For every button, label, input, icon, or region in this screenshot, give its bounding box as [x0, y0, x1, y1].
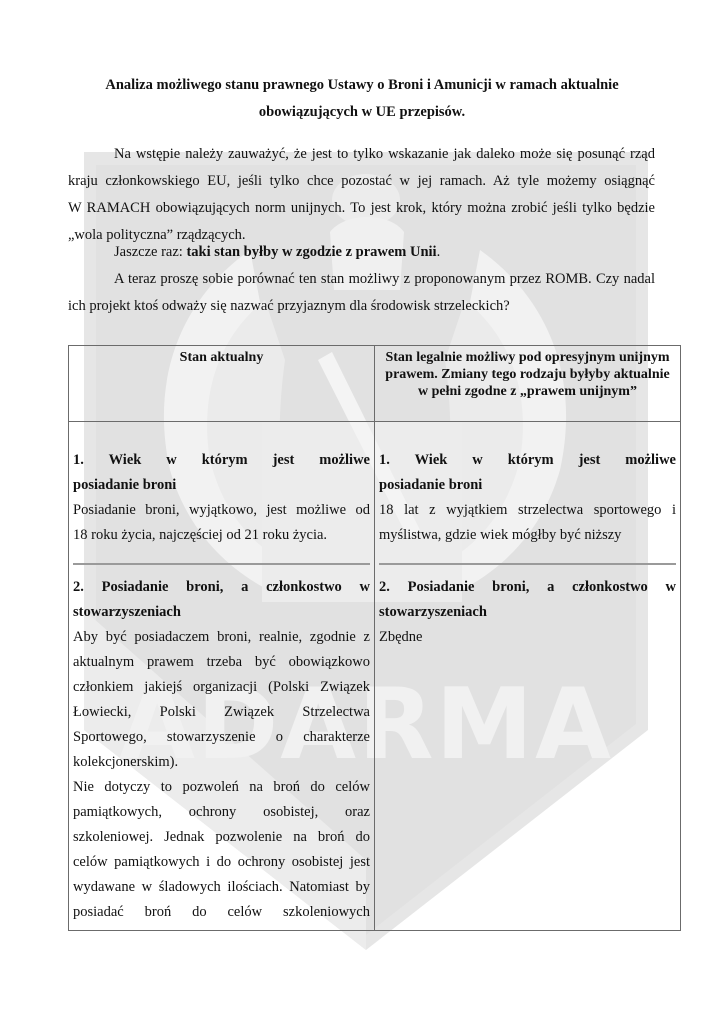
- intro-line-1: Na wstępie należy zauważyć, że jest to t…: [114, 146, 655, 162]
- again-suffix: .: [437, 244, 441, 260]
- title-line-1: Analiza możliwego stanu prawnego Ustawy …: [68, 72, 656, 99]
- right-section-1-heading-cont: posiadanie broni: [379, 473, 676, 498]
- table-row: 1. Wiek w którym jest możliwe posiadanie…: [69, 422, 681, 931]
- left-section-2-heading-cont: stowarzyszeniach: [73, 600, 370, 625]
- intro-line-2: kraju członkowskiego EU, jeśli tylko chc…: [68, 168, 655, 195]
- table-header-row: Stan aktualny Stan legalnie możliwy pod …: [69, 346, 681, 422]
- right-section-1: 1. Wiek w którym jest możliwe posiadanie…: [375, 422, 680, 548]
- again-bold-statement: taki stan byłby w zgodzie z prawem Unii: [186, 244, 436, 260]
- document-page: Analiza możliwego stanu prawnego Ustawy …: [0, 0, 725, 1024]
- possible-state-cell: 1. Wiek w którym jest możliwe posiadanie…: [375, 422, 681, 931]
- right-section-2-heading: 2. Posiadanie broni, a członkostwo w: [379, 575, 676, 600]
- comparison-table: Stan aktualny Stan legalnie możliwy pod …: [68, 345, 681, 931]
- left-section-2-heading: 2. Posiadanie broni, a członkostwo w: [73, 575, 370, 600]
- current-state-cell: 1. Wiek w którym jest możliwe posiadanie…: [69, 422, 375, 931]
- header-possible-state: Stan legalnie możliwy pod opresyjnym uni…: [375, 346, 681, 422]
- right-section-1-heading: 1. Wiek w którym jest możliwe: [379, 448, 676, 473]
- intro-line-3: W RAMACH obowiązujących norm unijnych. T…: [68, 195, 655, 222]
- left-section-1: 1. Wiek w którym jest możliwe posiadanie…: [69, 422, 374, 548]
- again-prefix: Jaszcze raz:: [114, 244, 186, 260]
- right-section-2: 2. Posiadanie broni, a członkostwo w sto…: [375, 565, 680, 650]
- title-line-2: obowiązujących w UE przepisów.: [68, 99, 656, 126]
- question-paragraph: A teraz proszę sobie porównać ten stan m…: [68, 266, 655, 320]
- again-paragraph: Jaszcze raz: taki stan byłby w zgodzie z…: [68, 239, 655, 266]
- left-section-1-heading: 1. Wiek w którym jest możliwe: [73, 448, 370, 473]
- left-section-2: 2. Posiadanie broni, a członkostwo w sto…: [69, 565, 374, 925]
- question-line-1: A teraz proszę sobie porównać ten stan m…: [114, 271, 655, 287]
- header-current-state: Stan aktualny: [69, 346, 375, 422]
- intro-paragraph: Na wstępie należy zauważyć, że jest to t…: [68, 141, 655, 249]
- question-line-2: ich projekt ktoś odważy się nazwać przyj…: [68, 293, 655, 320]
- right-section-2-heading-cont: stowarzyszeniach: [379, 600, 676, 625]
- document-title: Analiza możliwego stanu prawnego Ustawy …: [68, 72, 656, 126]
- left-section-1-heading-cont: posiadanie broni: [73, 473, 370, 498]
